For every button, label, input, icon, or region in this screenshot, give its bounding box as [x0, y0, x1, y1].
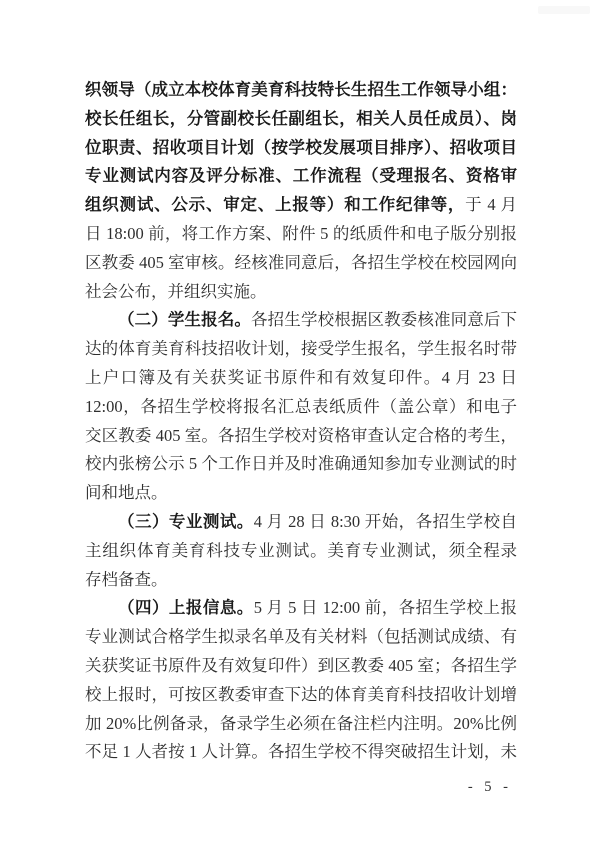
text-line: 专业测试内容及评分标准、工作流程（受理报名、资格审查、	[85, 162, 517, 191]
bold-text-segment: 位职责、招收项目计划（按学校发展项目排序）、招收项目	[85, 139, 517, 157]
text-segment: 交区教委 405 室。各招生学校对资格审查认定合格的考生，	[85, 426, 517, 445]
text-segment: 4 月 28 日 8:30 开始，各招生学校自	[254, 512, 517, 531]
text-segment: 专业测试合格学生拟录名单及有关材料（包括测试成绩、有	[85, 627, 517, 646]
text-segment: 12:00，各招生学校将报名汇总表纸质件（盖公章）和电子版	[85, 397, 517, 422]
text-line: 加 20%比例备录，备录学生必须在备注栏内注明。20%比例	[85, 710, 517, 739]
text-segment: 校内张榜公示 5 个工作日并及时准确通知参加专业测试的时	[85, 454, 517, 473]
document-page: 织领导（成立本校体育美育科技特长生招生工作领导小组：校长任组长，分管副校长任副组…	[0, 0, 600, 848]
text-line: 12:00，各招生学校将报名汇总表纸质件（盖公章）和电子版	[85, 393, 517, 422]
text-line: 校上报时，可按区教委审查下达的体育美育科技招收计划增	[85, 681, 517, 710]
text-segment: 关获奖证书原件及有效复印件）到区教委 405 室；各招生学	[85, 656, 517, 675]
text-line: 校长任组长，分管副校长任副组长，相关人员任成员）、岗	[85, 105, 517, 134]
text-line: 织领导（成立本校体育美育科技特长生招生工作领导小组：	[85, 76, 517, 105]
text-segment: 主组织体育美育科技专业测试。美育专业测试，须全程录像，	[85, 541, 517, 566]
text-line: 关获奖证书原件及有效复印件）到区教委 405 室；各招生学	[85, 652, 517, 681]
text-segment: 5 月 5 日 12:00 前，各招生学校上报	[254, 598, 517, 617]
text-line: 不足 1 人者按 1 人计算。各招生学校不得突破招生计划，未	[85, 738, 517, 767]
text-line: 专业测试合格学生拟录名单及有关材料（包括测试成绩、有	[85, 623, 517, 652]
text-line: 交区教委 405 室。各招生学校对资格审查认定合格的考生，	[85, 422, 517, 451]
bold-text-segment: （四）上报信息。	[118, 599, 254, 617]
text-line: 校内张榜公示 5 个工作日并及时准确通知参加专业测试的时	[85, 450, 517, 479]
text-segment: 达的体育美育科技招收计划，接受学生报名，学生报名时带	[85, 339, 517, 358]
text-segment: 不足 1 人者按 1 人计算。各招生学校不得突破招生计划，未	[85, 742, 517, 761]
page-number: - 5 -	[468, 779, 512, 796]
text-segment: 间和地点。	[85, 483, 168, 502]
bold-text-segment: （二）学生报名。	[118, 311, 251, 329]
document-body: 织领导（成立本校体育美育科技特长生招生工作领导小组：校长任组长，分管副校长任副组…	[85, 76, 517, 767]
text-segment: 上户口簿及有关获奖证书原件和有效复印件。4 月 23 日	[85, 368, 517, 387]
bold-text-segment: 组织测试、公示、审定、上报等）和工作纪律等，	[85, 196, 465, 214]
text-line: 主组织体育美育科技专业测试。美育专业测试，须全程录像，	[85, 537, 517, 566]
text-segment: 加 20%比例备录，备录学生必须在备注栏内注明。20%比例	[85, 714, 517, 733]
text-segment: 区教委 405 室审核。经核准同意后，各招生学校在校园网向	[85, 253, 517, 272]
bold-text-segment: 织领导（成立本校体育美育科技特长生招生工作领导小组：	[85, 81, 517, 99]
text-segment: 社会公布，并组织实施。	[85, 282, 267, 301]
bold-text-segment: （三）专业测试。	[118, 513, 254, 531]
text-line: 日 18:00 前，将工作方案、附件 5 的纸质件和电子版分别报	[85, 220, 517, 249]
text-line: （二）学生报名。各招生学校根据区教委核准同意后下	[85, 306, 517, 335]
text-segment: 校上报时，可按区教委审查下达的体育美育科技招收计划增	[85, 685, 517, 704]
text-segment: 各招生学校根据区教委核准同意后下	[251, 310, 517, 329]
text-segment: 日 18:00 前，将工作方案、附件 5 的纸质件和电子版分别报	[85, 224, 517, 243]
text-segment: 存档备查。	[85, 570, 168, 589]
text-line: 组织测试、公示、审定、上报等）和工作纪律等，于 4 月 19	[85, 191, 517, 220]
text-line: 间和地点。	[85, 479, 517, 508]
text-line: 位职责、招收项目计划（按学校发展项目排序）、招收项目	[85, 134, 517, 163]
text-line: 区教委 405 室审核。经核准同意后，各招生学校在校园网向	[85, 249, 517, 278]
text-line: （三）专业测试。4 月 28 日 8:30 开始，各招生学校自	[85, 508, 517, 537]
text-line: （四）上报信息。5 月 5 日 12:00 前，各招生学校上报	[85, 594, 517, 623]
text-line: 存档备查。	[85, 566, 517, 595]
text-line: 社会公布，并组织实施。	[85, 278, 517, 307]
text-line: 上户口簿及有关获奖证书原件和有效复印件。4 月 23 日	[85, 364, 517, 393]
bold-text-segment: 校长任组长，分管副校长任副组长，相关人员任成员）、岗	[85, 110, 517, 128]
bold-text-segment: 专业测试内容及评分标准、工作流程（受理报名、资格审查、	[85, 167, 517, 191]
scan-artifact	[538, 6, 590, 14]
text-line: 达的体育美育科技招收计划，接受学生报名，学生报名时带	[85, 335, 517, 364]
